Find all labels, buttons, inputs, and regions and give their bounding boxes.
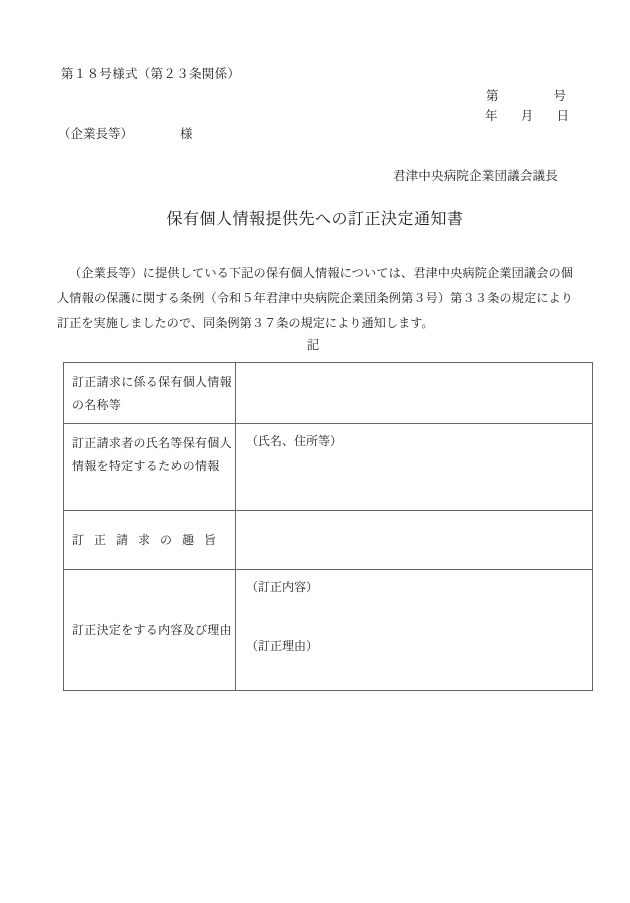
notice-table: 訂正請求に係る保有個人情報の名称等 訂正請求者の氏名等保有個人情報を特定するため… xyxy=(63,362,593,691)
date-year-label: 年 xyxy=(485,106,498,124)
addressee-line: （企業長等） 様 xyxy=(58,124,193,142)
table-row-decision-detail: 訂正決定をする内容及び理由 （訂正内容） （訂正理由） xyxy=(64,570,593,691)
date-day-label: 日 xyxy=(556,106,569,124)
table-row-requester-info: 訂正請求者の氏名等保有個人情報を特定するための情報 （氏名、住所等） xyxy=(64,424,593,511)
body-paragraph: （企業長等）に提供している下記の保有個人情報については、君津中央病院企業団議会の… xyxy=(57,261,573,336)
doc-number-suffix: 号 xyxy=(553,86,566,104)
correction-reason-caption: （訂正理由） xyxy=(246,635,586,658)
table-row-subject-name: 訂正請求に係る保有個人情報の名称等 xyxy=(64,363,593,424)
document-page: 第１８号様式（第２３条関係） 第 号 年 月 日 （企業長等） 様 君津中央病院… xyxy=(0,0,630,903)
doc-number-line: 第 号 xyxy=(486,86,566,104)
doc-number-prefix: 第 xyxy=(486,86,499,104)
record-marker: 記 xyxy=(63,335,563,353)
addressee-name: （企業長等） xyxy=(58,124,133,142)
sender-title: 君津中央病院企業団議会議長 xyxy=(393,166,558,184)
row-label-request-purpose: 訂正請求の趣旨 xyxy=(64,511,236,570)
table-row-request-purpose: 訂正請求の趣旨 xyxy=(64,511,593,570)
request-purpose-label: 訂正請求の趣旨 xyxy=(72,533,226,547)
row-label-requester-info: 訂正請求者の氏名等保有個人情報を特定するための情報 xyxy=(64,424,236,511)
row-content-request-purpose xyxy=(236,511,593,570)
date-line: 年 月 日 xyxy=(485,106,569,124)
row-label-decision-detail: 訂正決定をする内容及び理由 xyxy=(64,570,236,691)
date-month-label: 月 xyxy=(521,106,534,124)
row-label-subject-name: 訂正請求に係る保有個人情報の名称等 xyxy=(64,363,236,424)
row-content-decision-detail: （訂正内容） （訂正理由） xyxy=(236,570,593,691)
addressee-honorific: 様 xyxy=(180,124,193,142)
document-title: 保有個人情報提供先への訂正決定通知書 xyxy=(0,206,630,229)
row-content-requester-info: （氏名、住所等） xyxy=(236,424,593,511)
row-content-subject-name xyxy=(236,363,593,424)
form-number: 第１８号様式（第２３条関係） xyxy=(61,64,240,82)
correction-content-caption: （訂正内容） xyxy=(246,576,586,599)
